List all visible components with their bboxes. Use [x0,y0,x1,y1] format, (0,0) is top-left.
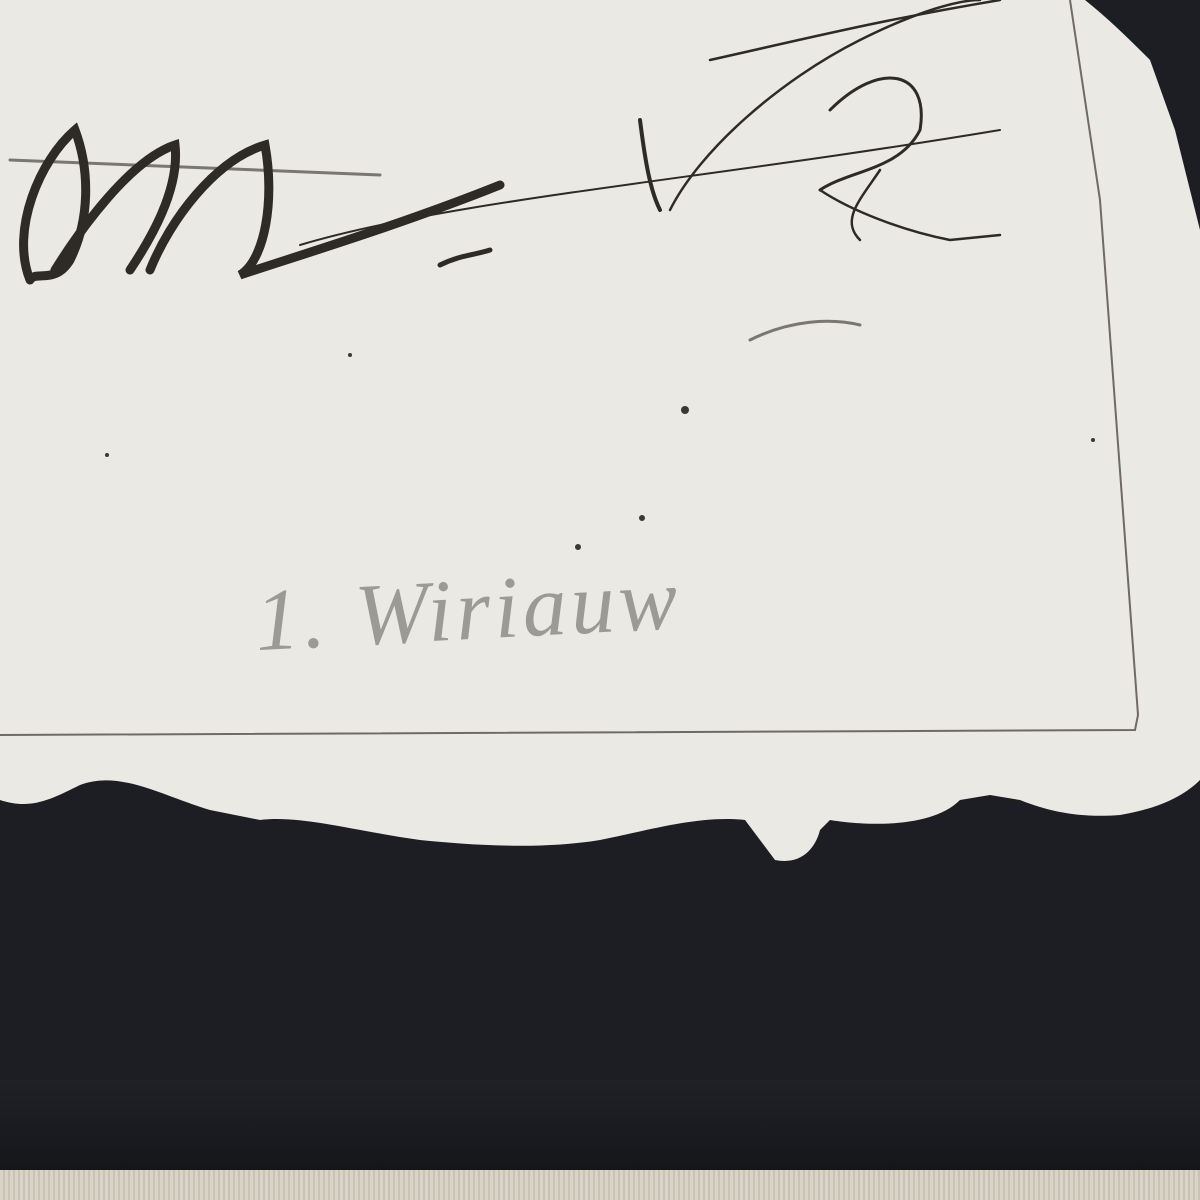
linen-liner [0,1170,1200,1200]
frame-inner-edge [0,1080,1200,1170]
artwork-photo: 1. Wiriauw [0,0,1200,1200]
